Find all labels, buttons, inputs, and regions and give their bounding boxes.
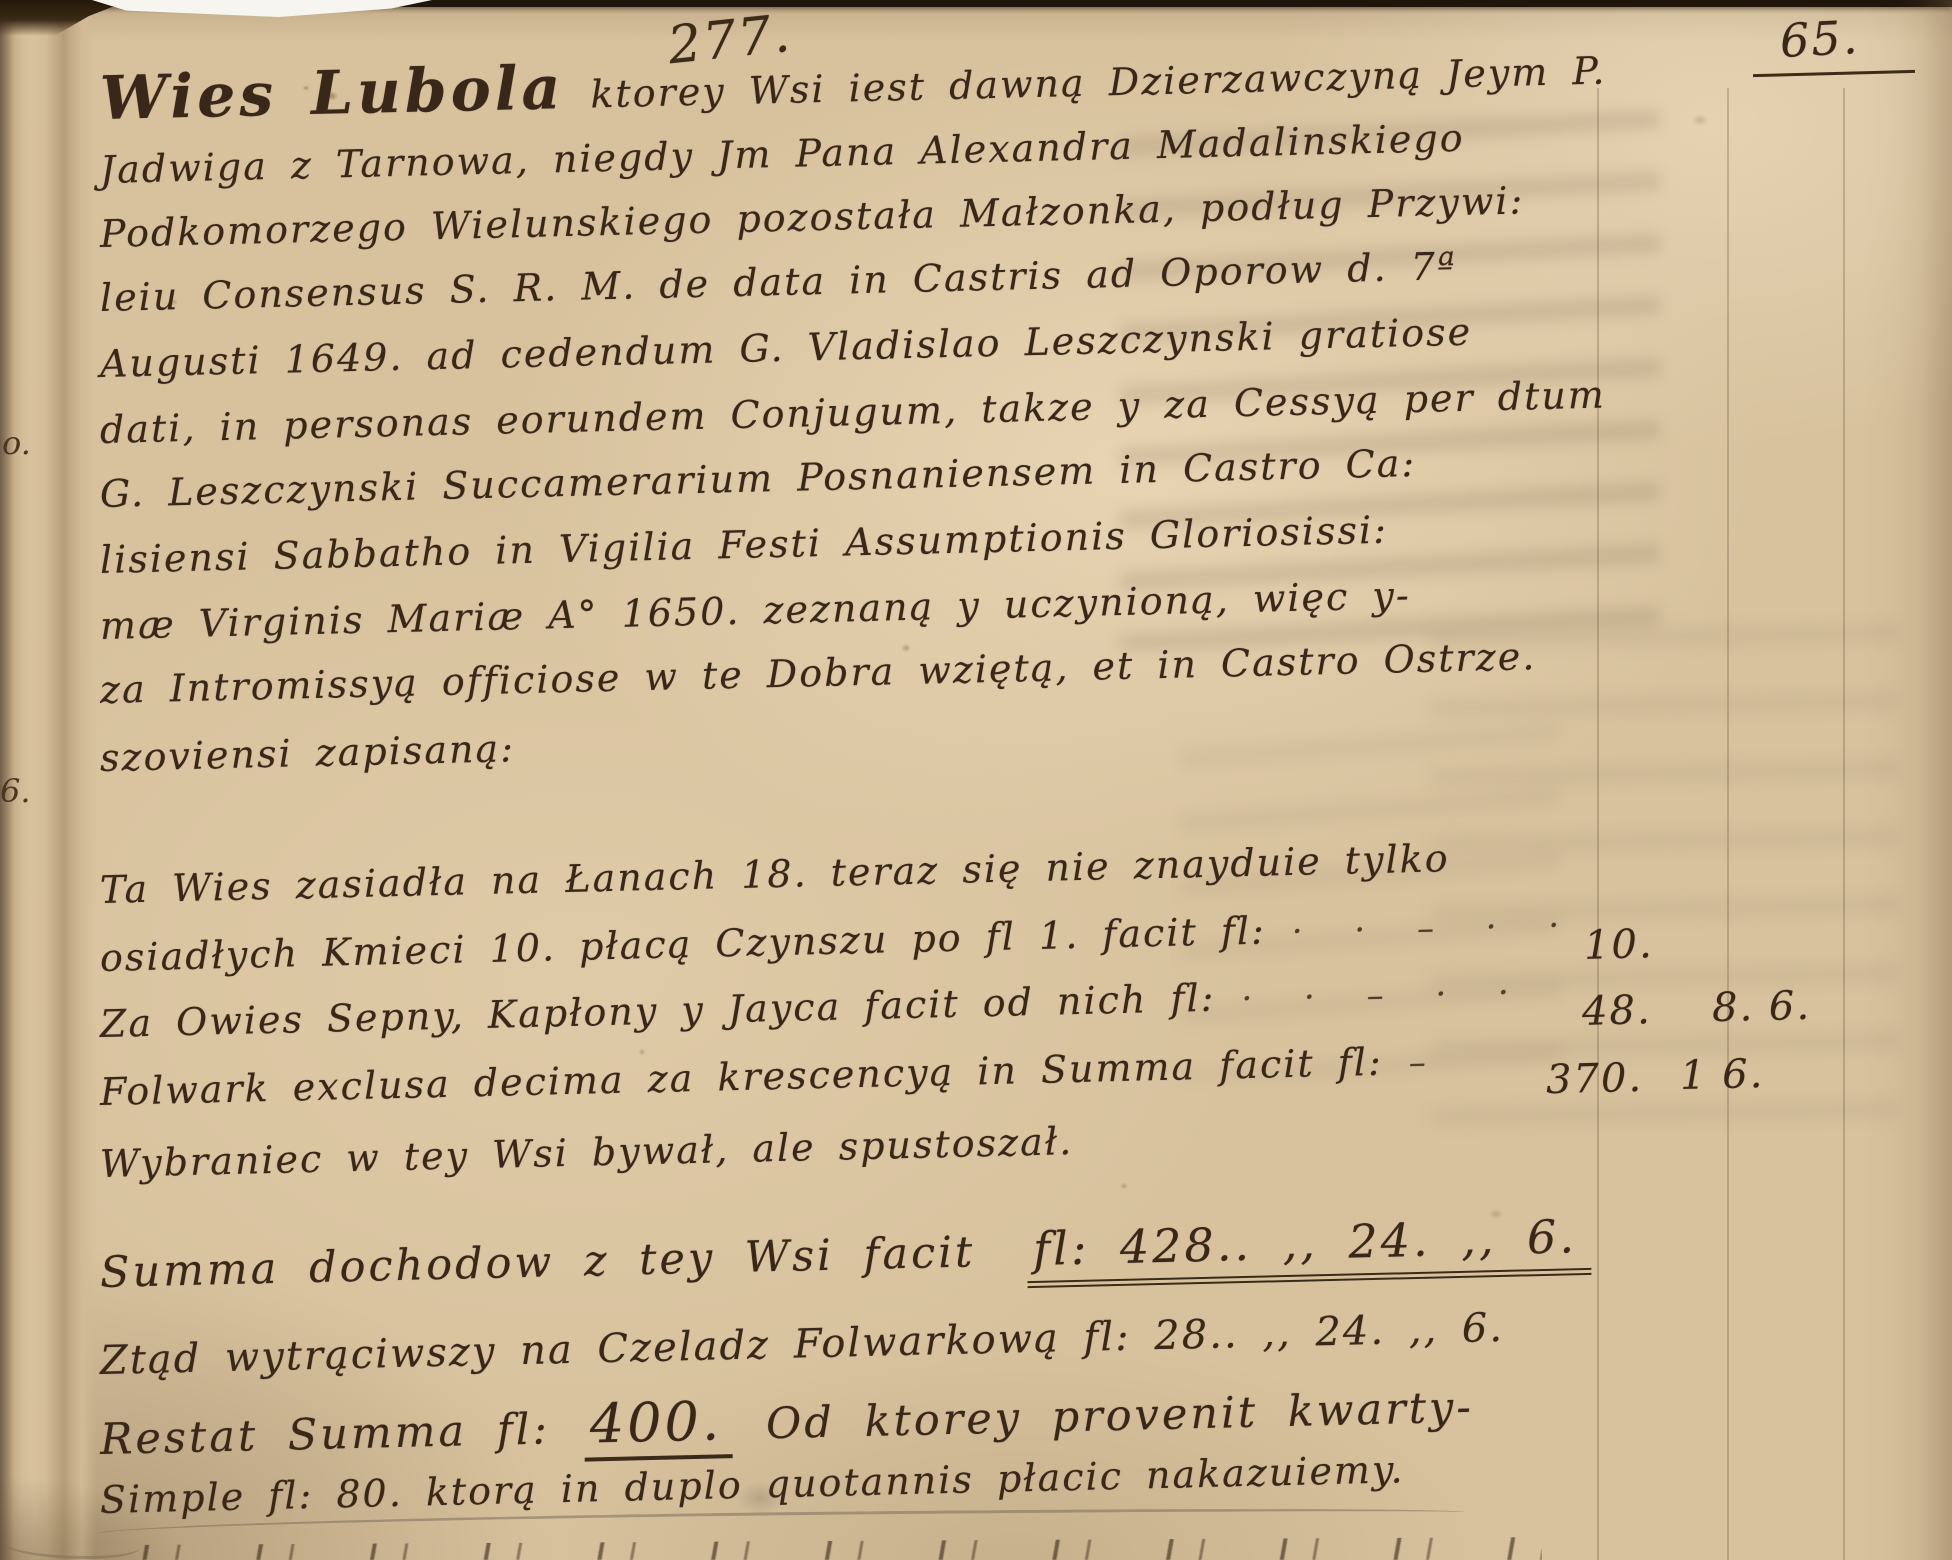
ledger-dot-filler: – [1408, 1042, 1442, 1083]
ink-bleedthrough-smudge [1180, 720, 1560, 1080]
manuscript-line: Augusti 1649. ad cedendum G. Vladislao L… [99, 310, 1472, 386]
manuscript-page: 277. 65. o. 6. Wies Lubolaktorey Wsi ies… [0, 0, 1952, 1560]
ledger-row: Folwark exclusa decima za krescencyą in … [99, 1038, 1442, 1114]
left-margin-rule [66, 76, 68, 1560]
restat-value: 400. [583, 1389, 733, 1461]
ruled-column-line [1597, 88, 1599, 1560]
left-edge-text-fragment: 6. [0, 772, 31, 810]
ledger-amount-florins: 48. [1581, 987, 1652, 1035]
paper-sliver [92, 0, 432, 17]
ledger-amount-florins: 10. [1583, 921, 1654, 969]
deduction-line: Ztąd wytrąciwszy na Czeladz Folwarkową f… [99, 1305, 1504, 1384]
manuscript-line: lisiensi Sabbatho in Vigilia Festi Assum… [99, 508, 1388, 582]
restat-continuation: Od ktorey provenit kwarty- [765, 1383, 1474, 1450]
manuscript-line: szoviensi zapisaną: [99, 726, 515, 780]
ruled-column-line [1843, 88, 1845, 1560]
ledger-amount-florins: 370. [1545, 1055, 1643, 1103]
heading-continuation: ktorey Wsi iest dawną Dzierzawczyną Jeym… [590, 49, 1607, 117]
ledger-dot-filler: · · – · · [1291, 905, 1575, 952]
ledger-amount-groszy: 8. 6. [1711, 983, 1811, 1031]
ledger-row: osiadłych Kmieci 10. płacą Czynszu po fl… [99, 901, 1575, 980]
manuscript-line: dati, in personas eorundem Conjugum, tak… [99, 373, 1606, 452]
left-edge-text-fragment: o. [2, 424, 31, 462]
summa-line: Summa dochodow z tey Wsi facitfl: 428.. … [99, 1209, 1591, 1298]
ledger-row: Za Owies Sepny, Kapłony y Jayca facit od… [99, 968, 1525, 1046]
restat-label: Restat Summa fl: [100, 1404, 551, 1465]
ledger-row-text: Folwark exclusa decima za krescencyą in … [99, 1040, 1383, 1114]
manuscript-line: za Intromissyą officiose w te Dobra wzię… [99, 634, 1536, 712]
manuscript-line: Podkomorzego Wielunskiego pozostała Małz… [99, 178, 1524, 256]
ledger-row-text: Za Owies Sepny, Kapłony y Jayca facit od… [99, 976, 1215, 1046]
manuscript-line: leiu Consensus S. R. M. de data in Castr… [99, 244, 1457, 320]
page-number: 65. [1779, 10, 1861, 68]
page-right-edge [1898, 0, 1952, 1560]
ledger-amount-groszy: 1 6. [1679, 1051, 1764, 1099]
village-title: Wies Lubola [99, 53, 565, 134]
page-number-underline [1753, 70, 1915, 77]
manuscript-line: G. Leszczynski Succamerarium Posnaniense… [99, 441, 1416, 516]
ruled-column-line [1727, 88, 1729, 1560]
manuscript-line: mæ Virginis Mariæ A° 1650. zeznaną y ucz… [99, 573, 1411, 648]
manuscript-line: Wybraniec w tey Wsi bywał, ale spustosza… [99, 1119, 1073, 1186]
manuscript-line: Ta Wies zasiadła na Łanach 18. teraz się… [99, 836, 1450, 912]
cutoff-line-strokes [112, 1537, 1542, 1560]
summa-total-value: fl: 428.. ,, 24. ,, 6. [1026, 1209, 1591, 1288]
ledger-row-text: osiadłych Kmieci 10. płacą Czynszu po fl… [99, 909, 1266, 980]
ink-bleedthrough-smudge [1430, 600, 1900, 1160]
ledger-dot-filler: · · – · · [1241, 972, 1525, 1019]
summa-label: Summa dochodow z tey Wsi facit [99, 1227, 975, 1298]
